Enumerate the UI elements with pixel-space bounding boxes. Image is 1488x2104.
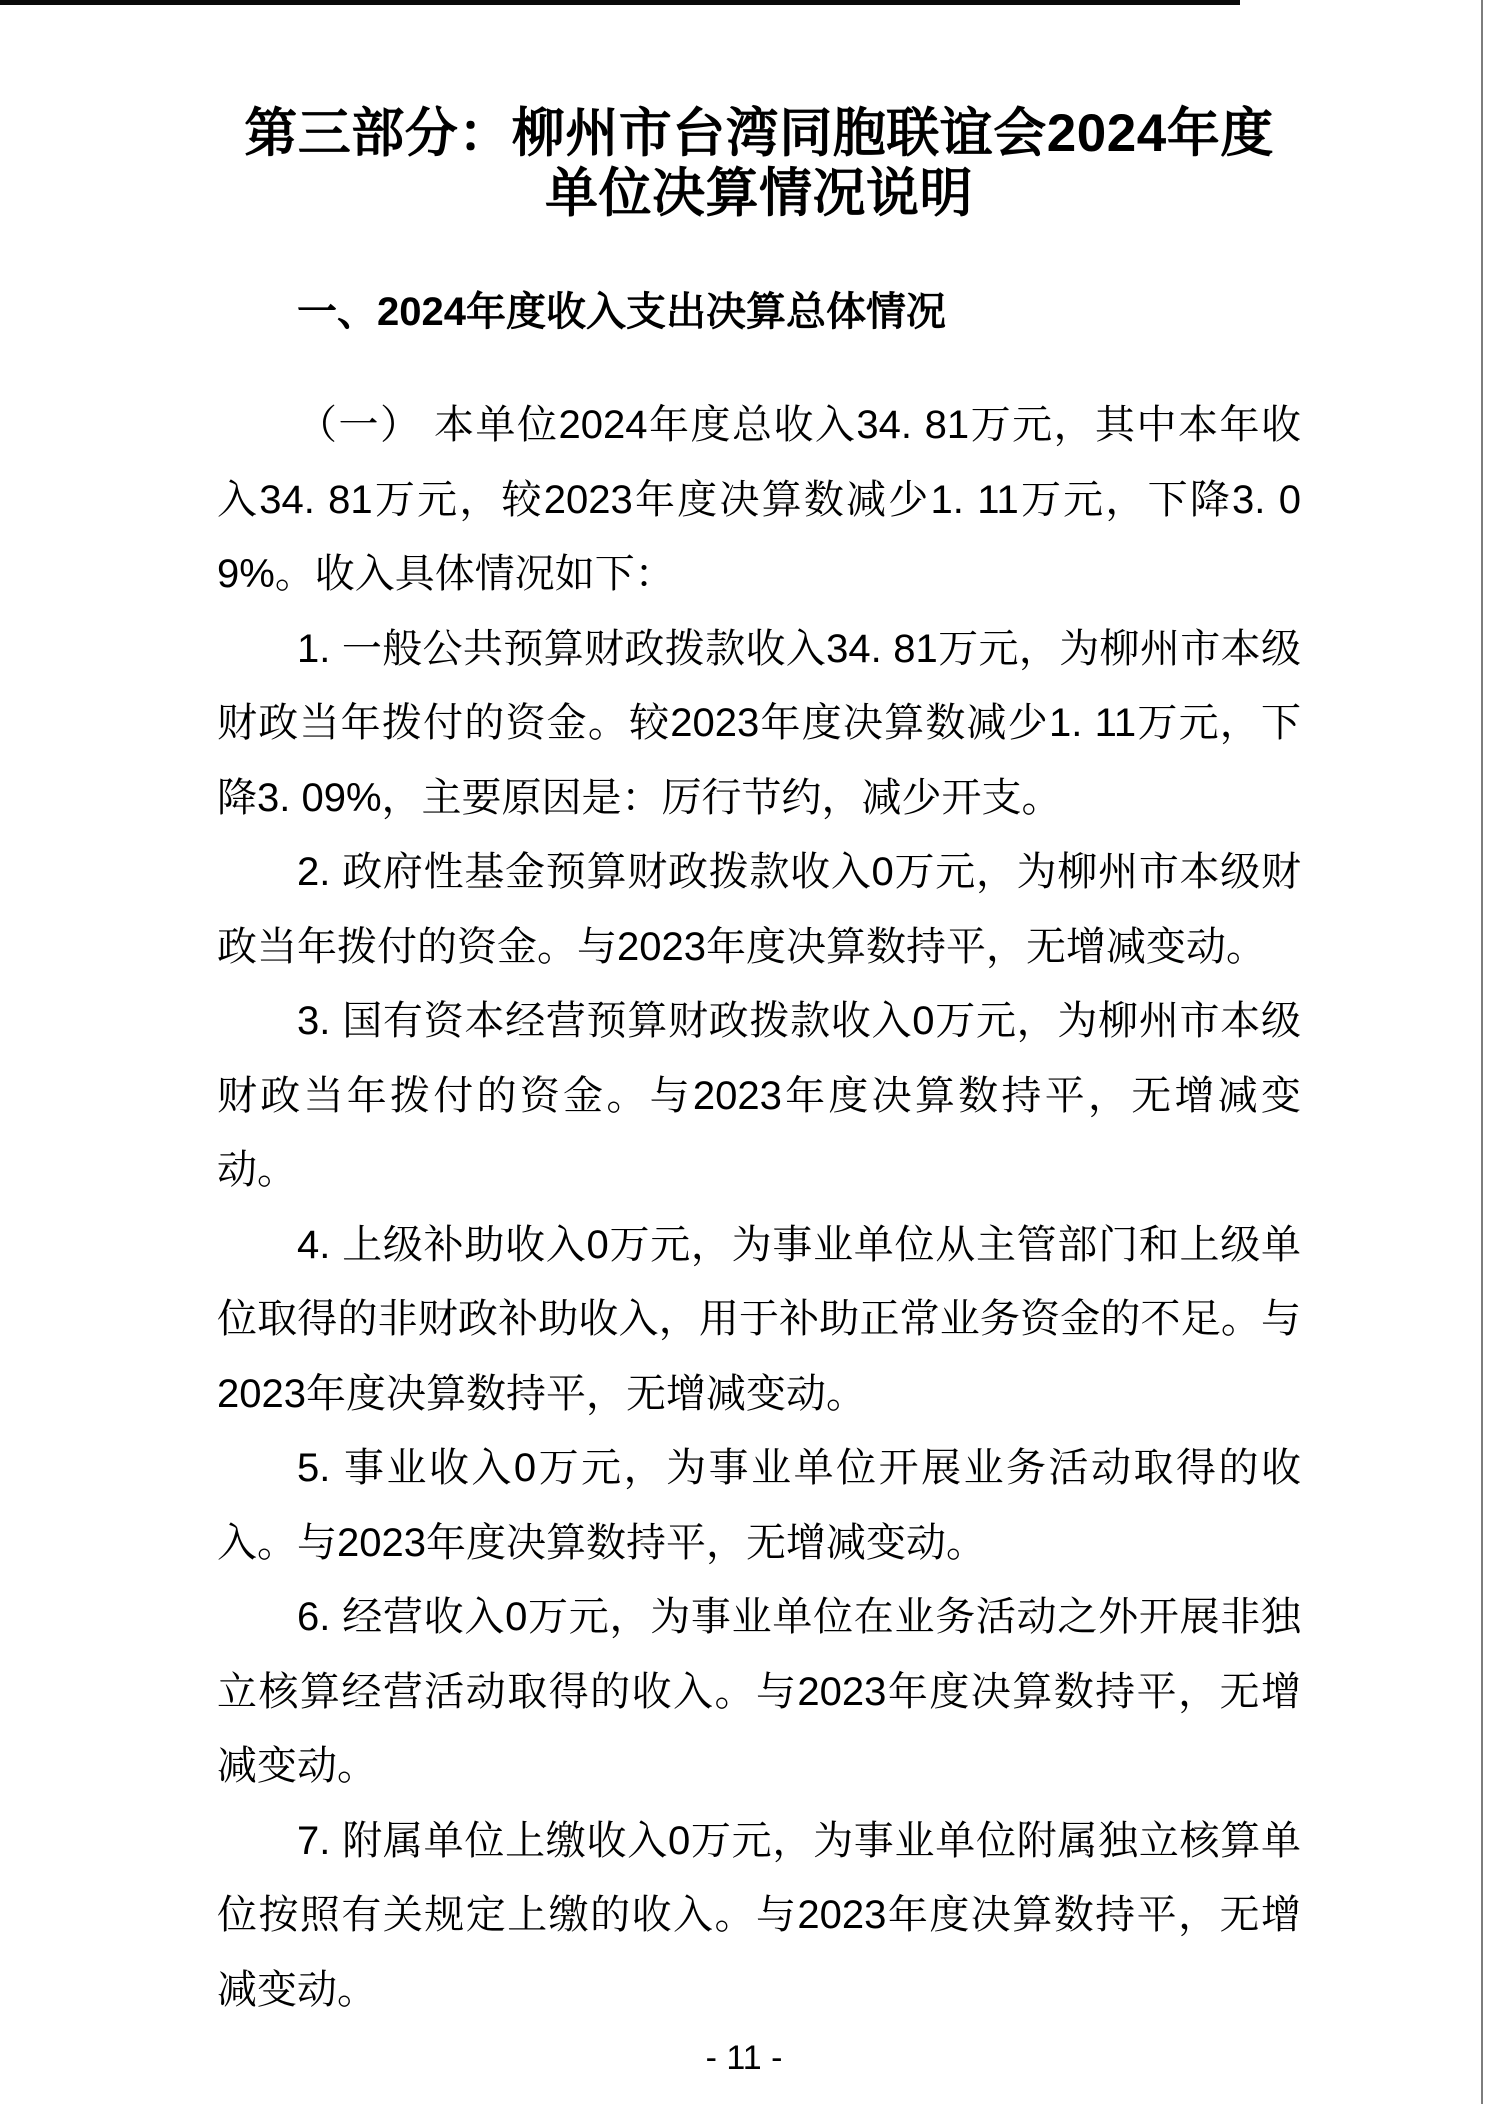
scan-artifact-right-line xyxy=(1481,0,1483,2104)
document-body: （一） 本单位2024年度总收入34. 81万元，其中本年收入34. 81万元，… xyxy=(217,388,1301,2027)
document-content: 第三部分：柳州市台湾同胞联谊会2024年度 单位决算情况说明 一、2024年度收… xyxy=(217,0,1301,2027)
paragraph-income-overview: （一） 本单位2024年度总收入34. 81万元，其中本年收入34. 81万元，… xyxy=(217,388,1301,612)
paragraph-item-2-government-fund: 2. 政府性基金预算财政拨款收入0万元，为柳州市本级财政当年拨付的资金。与202… xyxy=(217,835,1301,984)
document-page: 第三部分：柳州市台湾同胞联谊会2024年度 单位决算情况说明 一、2024年度收… xyxy=(0,0,1488,2104)
paragraph-item-3-state-capital: 3. 国有资本经营预算财政拨款收入0万元，为柳州市本级财政当年拨付的资金。与20… xyxy=(217,984,1301,1208)
page-number: - 11 - xyxy=(0,2038,1488,2078)
section-heading: 一、2024年度收入支出决算总体情况 xyxy=(217,289,1301,335)
document-title: 第三部分：柳州市台湾同胞联谊会2024年度 单位决算情况说明 xyxy=(217,104,1301,224)
document-title-line-1: 第三部分：柳州市台湾同胞联谊会2024年度 xyxy=(217,104,1301,164)
paragraph-item-1-general-budget: 1. 一般公共预算财政拨款收入34. 81万元，为柳州市本级财政当年拨付的资金。… xyxy=(217,612,1301,836)
paragraph-item-7-subordinate-remittance: 7. 附属单位上缴收入0万元，为事业单位附属独立核算单位按照有关规定上缴的收入。… xyxy=(217,1804,1301,2028)
paragraph-item-6-operating-income: 6. 经营收入0万元，为事业单位在业务活动之外开展非独立核算经营活动取得的收入。… xyxy=(217,1580,1301,1804)
paragraph-item-4-superior-subsidy: 4. 上级补助收入0万元，为事业单位从主管部门和上级单位取得的非财政补助收入，用… xyxy=(217,1208,1301,1432)
paragraph-item-5-institutional-income: 5. 事业收入0万元，为事业单位开展业务活动取得的收入。与2023年度决算数持平… xyxy=(217,1431,1301,1580)
document-title-line-2: 单位决算情况说明 xyxy=(217,164,1301,224)
